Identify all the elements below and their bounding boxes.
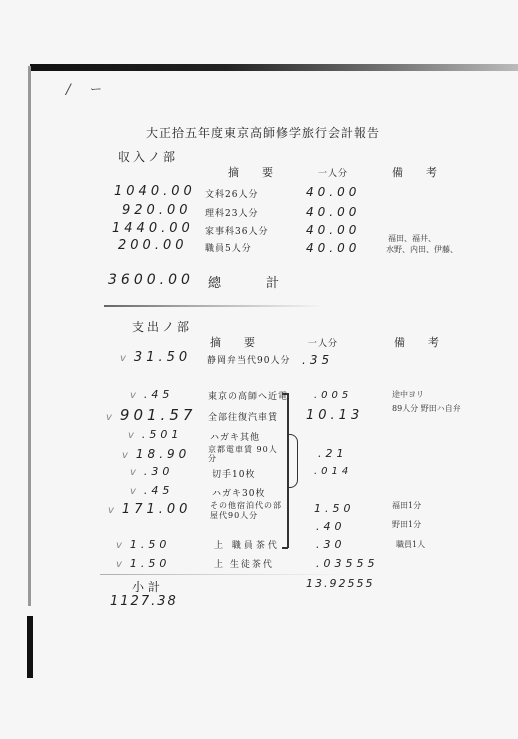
expense-desc: ハガキ其他 [210,430,260,443]
expense-desc: 上 生徒茶代 [214,557,274,570]
expense-header-remarks: 備 考 [394,334,445,350]
expense-desc: ハガキ30枚 [212,486,265,499]
income-per-person: 40.00 [306,205,360,219]
expense-heading: 支出ノ部 [132,318,192,335]
expense-desc: 東京の高師へ近電 [208,389,288,402]
check-mark-icon: v [120,353,130,364]
check-mark-icon: v [108,505,118,516]
expense-desc: 上 職員茶代 [214,538,280,551]
income-per-person: 40.00 [306,223,360,237]
page-mark: / [66,82,71,98]
income-header-summary: 摘 要 [228,164,279,180]
expense-remark: 野田1分 [392,520,421,530]
expense-amount: v1.50 [116,538,170,551]
income-desc: 職員5人分 [205,241,252,254]
scan-top-edge [30,64,518,71]
expense-per-person: .005 [314,390,352,401]
income-per-person: 40.00 [306,185,360,199]
check-mark-icon: v [128,430,138,441]
expense-desc: 全部往復汽車賃 [208,410,278,423]
expense-amount: v.30 [130,465,173,478]
expense-per-person: .40 [316,520,346,533]
expense-desc: 静岡弁当代90人分 [207,353,290,366]
expense-desc: その他宿泊代の部屋代90人分 [210,501,282,521]
subtotal-divider [100,574,350,575]
document-title: 大正拾五年度東京高師修学旅行会計報告 [146,124,380,141]
income-heading: 収入ノ部 [118,148,178,165]
income-header-per-person: 一人分 [318,166,348,179]
check-mark-icon: v [130,486,140,497]
income-total-label: 總 計 [208,272,295,291]
check-mark-icon: v [122,450,132,461]
income-remark: 福田、福井、 [388,234,436,244]
income-total-amount: 3600.00 [108,272,194,288]
section-divider [104,305,324,307]
expense-per-person: .30 [316,538,346,551]
expense-per-person: .35 [302,353,333,367]
scan-binding-shadow [27,616,33,678]
expense-per-person: 1.50 [314,502,355,515]
expense-amount: v901.57 [106,406,196,424]
check-mark-icon: v [130,390,140,401]
per-person-total: 13.92555 [306,577,375,590]
income-amount: 1440.00 [112,221,194,236]
expense-header-summary: 摘 要 [210,334,261,350]
income-header-remarks: 備 考 [392,164,443,180]
income-amount: 1040.00 [114,184,196,199]
expense-amount: v18.90 [122,447,190,461]
income-amount: 200.00 [118,238,188,253]
page-mark-dash: ー [90,80,102,97]
income-desc: 理科23人分 [205,206,258,219]
curly-brace [289,434,298,488]
scan-left-edge [28,66,31,606]
expense-amount: v.45 [130,388,173,401]
expense-per-person: .03555 [316,557,379,570]
income-desc: 家事科36人分 [205,224,268,237]
expense-header-per-person: 一人分 [308,336,338,349]
expense-amount: v.501 [128,428,182,441]
expense-remark: 職員1人 [396,540,425,550]
income-desc: 文科26人分 [205,187,258,200]
expense-per-person: .21 [318,447,348,460]
expense-remark: 福田1分 [392,501,421,511]
income-per-person: 40.00 [306,241,360,255]
expense-amount: v1.50 [116,557,170,570]
subtotal-amount: 1127.38 [110,594,178,609]
income-amount: 920.00 [122,203,192,218]
expense-remark: 途中ヨリ [392,390,424,400]
check-mark-icon: v [116,540,126,551]
expense-desc: 京都電車賃 90人分 [208,445,280,463]
bracket-bottom [282,547,288,549]
check-mark-icon: v [130,467,140,478]
expense-remark: 89人分 野田ハ自弁 [392,404,462,414]
check-mark-icon: v [116,559,126,570]
expense-amount: v171.00 [108,502,191,517]
income-remark: 水野、内田、伊藤、 [386,245,458,255]
expense-amount: v.45 [130,484,173,497]
subtotal-label: 小計 [132,578,164,595]
expense-desc: 切手10枚 [212,467,255,480]
expense-amount: v31.50 [120,350,191,365]
expense-per-person: 10.13 [306,408,363,423]
check-mark-icon: v [106,412,116,423]
expense-per-person: .014 [314,466,352,477]
